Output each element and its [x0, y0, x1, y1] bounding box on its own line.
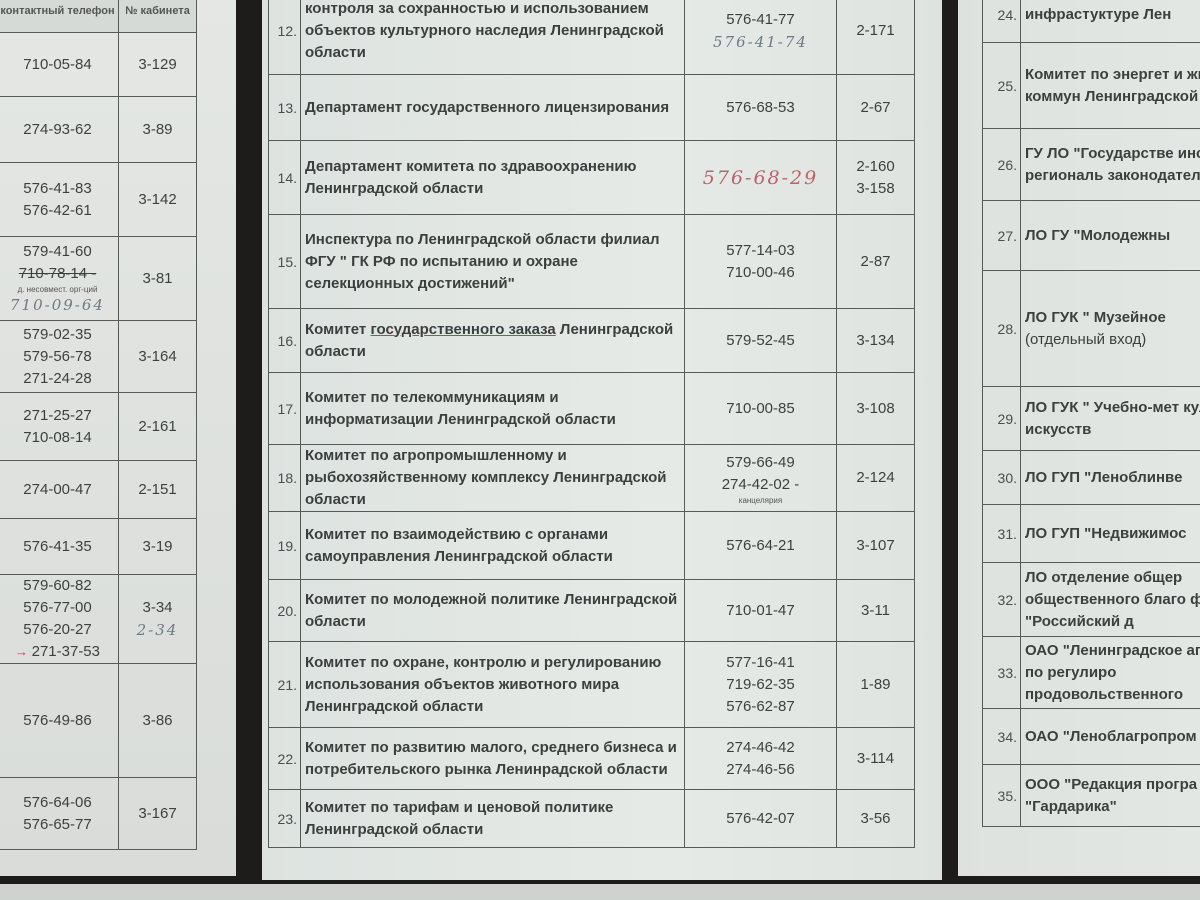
- row-number: 23.: [269, 790, 301, 848]
- organization-name: ОАО "Леноблагропром: [1021, 709, 1200, 765]
- phone-number: 576-42-07: [685, 808, 836, 830]
- room-cell: 2-151: [119, 461, 197, 519]
- phone-number: → 271-37-53: [0, 641, 118, 663]
- table-row: 31.ЛО ГУП "Недвижимос: [983, 505, 1200, 563]
- room-cell: 2-67: [837, 75, 915, 141]
- phone-cell: 710-01-47: [685, 580, 837, 642]
- table-row: 15.Инспектура по Ленинградской области ф…: [269, 215, 915, 309]
- room-number: 2-124: [837, 467, 914, 489]
- phone-number: 576-64-06: [0, 792, 118, 814]
- phone-number: 576-42-61: [0, 200, 118, 222]
- handwritten-phone: 576-41-74: [685, 31, 836, 53]
- room-cell: 3-89: [119, 97, 197, 163]
- phone-number: 710-78-14 -: [0, 263, 118, 285]
- name-underlined: государственного заказа: [370, 321, 555, 338]
- table-row: 35.ООО "Редакция програ "Гардарика": [983, 765, 1200, 827]
- phone-text: 579-02-35: [23, 326, 91, 343]
- phone-cell: 576-64-21: [685, 512, 837, 580]
- organization-name: ЛО ГУП "Леноблинве: [1021, 451, 1200, 505]
- organization-name: ОАО "Ленинградское агентство по регулиро…: [1021, 637, 1200, 709]
- phone-number: 274-93-62: [0, 119, 118, 141]
- table-row: 576-41-83576-42-613-142: [0, 163, 197, 237]
- phone-cell: 576-68-29: [685, 141, 837, 215]
- room-number: 3-56: [837, 808, 914, 830]
- table-row: 28.ЛО ГУК " Музейное(отдельный вход): [983, 271, 1200, 387]
- table-row: 26.ГУ ЛО "Государстве институт региональ…: [983, 129, 1200, 201]
- row-number: 26.: [983, 129, 1021, 201]
- room-cell: 3-114: [837, 728, 915, 790]
- phone-cell: 579-66-49274-42-02 -канцелярия: [685, 445, 837, 512]
- phone-cell: 579-41-60710-78-14 -д. несовмест. орг-ци…: [0, 237, 119, 321]
- room-number: 3-167: [119, 803, 196, 825]
- organization-name: Комитет по молодежной политике Ленинград…: [301, 580, 685, 642]
- middle-directory-sheet: 12.контроля за сохранностью и использова…: [262, 0, 942, 880]
- organization-name: Комитет по агропромышленному и рыбохозяй…: [301, 445, 685, 512]
- room-number: 3-158: [837, 178, 914, 200]
- row-number: 22.: [269, 728, 301, 790]
- room-number: 2-67: [837, 97, 914, 119]
- phone-number: 576-49-86: [0, 710, 118, 732]
- phone-number: 576-64-21: [685, 535, 836, 557]
- room-cell: 3-81: [119, 237, 197, 321]
- phone-text: 579-41-60: [23, 243, 91, 260]
- left-table: контактный телефон № кабинета 710-05-843…: [0, 0, 197, 850]
- table-row: 13.Департамент государственного лицензир…: [269, 75, 915, 141]
- phone-number: 271-25-27: [0, 405, 118, 427]
- room-number: 3-11: [837, 600, 914, 622]
- room-cell: 1-89: [837, 642, 915, 728]
- room-number: 3-142: [119, 189, 196, 211]
- phone-number: 577-16-41: [685, 652, 836, 674]
- table-row: 274-00-472-151: [0, 461, 197, 519]
- room-number: 2-171: [837, 20, 914, 42]
- room-number: 2-151: [119, 479, 196, 501]
- organization-name: Комитет по телекоммуникациям и информати…: [301, 373, 685, 445]
- phone-cell: 579-52-45: [685, 309, 837, 373]
- room-number: 3-164: [119, 346, 196, 368]
- table-row: 34.ОАО "Леноблагропром: [983, 709, 1200, 765]
- phone-number: 576-41-35: [0, 536, 118, 558]
- organization-name: Комитет по взаимодействию с органами сам…: [301, 512, 685, 580]
- room-number: 2-160: [837, 156, 914, 178]
- row-number: 27.: [983, 201, 1021, 271]
- room-number: 3-86: [119, 710, 196, 732]
- room-cell: 2-1603-158: [837, 141, 915, 215]
- room-number: 2-87: [837, 251, 914, 273]
- organization-name: ГУ ЛО "Государстве институт региональ за…: [1021, 129, 1200, 201]
- phone-cell: 579-02-35579-56-78271-24-28: [0, 321, 119, 393]
- table-row: 576-41-353-19: [0, 519, 197, 575]
- room-number: 1-89: [837, 674, 914, 696]
- room-cell: 3-164: [119, 321, 197, 393]
- phone-number: 579-60-82: [0, 575, 118, 597]
- organization-name: контроля за сохранностью и использование…: [301, 0, 685, 75]
- table-row: 19.Комитет по взаимодействию с органами …: [269, 512, 915, 580]
- phone-number: 579-41-60: [0, 241, 118, 263]
- phone-text: 710-78-14 -: [19, 265, 97, 282]
- phone-number: 271-24-28: [0, 368, 118, 390]
- table-row: 579-41-60710-78-14 -д. несовмест. орг-ци…: [0, 237, 197, 321]
- room-cell: 3-134: [837, 309, 915, 373]
- room-number: 2-161: [119, 416, 196, 438]
- phone-cell: 577-16-41719-62-35576-62-87: [685, 642, 837, 728]
- organization-name: ЛО ГУП "Недвижимос: [1021, 505, 1200, 563]
- phone-cell: 577-14-03710-00-46: [685, 215, 837, 309]
- phone-text: 274-00-47: [23, 481, 91, 498]
- organization-name: ЛО ГУ "Молодежны: [1021, 201, 1200, 271]
- right-directory-sheet: 24.инфрастуктуре Лен25.Комитет по энерге…: [958, 0, 1200, 876]
- phone-cell: 274-93-62: [0, 97, 119, 163]
- phone-number: 576-65-77: [0, 814, 118, 836]
- phone-text: 579-56-78: [23, 348, 91, 365]
- table-row: 579-60-82576-77-00576-20-27→ 271-37-533-…: [0, 575, 197, 664]
- phone-cell: 271-25-27710-08-14: [0, 393, 119, 461]
- phone-cell: 576-68-53: [685, 75, 837, 141]
- floor-strip: [0, 884, 1200, 900]
- organization-name: Комитет по охране, контролю и регулирова…: [301, 642, 685, 728]
- phone-cell: 576-41-83576-42-61: [0, 163, 119, 237]
- row-number: 14.: [269, 141, 301, 215]
- room-number: 3-129: [119, 54, 196, 76]
- name-subtitle: (отдельный вход): [1025, 329, 1200, 351]
- room-cell: 3-129: [119, 33, 197, 97]
- phone-number: 710-05-84: [0, 54, 118, 76]
- table-row: 579-02-35579-56-78271-24-283-164: [0, 321, 197, 393]
- phone-cell: 576-41-77576-41-74: [685, 0, 837, 75]
- table-row: 32.ЛО отделение общер общественного благ…: [983, 563, 1200, 637]
- phone-text: 576-65-77: [23, 816, 91, 833]
- room-cell: 2-87: [837, 215, 915, 309]
- room-number: 3-107: [837, 535, 914, 557]
- room-number: 3-134: [837, 330, 914, 352]
- phone-number: 579-52-45: [685, 330, 836, 352]
- phone-number: 274-00-47: [0, 479, 118, 501]
- row-number: 28.: [983, 271, 1021, 387]
- room-number: 3-114: [837, 748, 914, 770]
- middle-table: 12.контроля за сохранностью и использова…: [268, 0, 915, 848]
- room-cell: 3-108: [837, 373, 915, 445]
- row-number: 20.: [269, 580, 301, 642]
- table-row: 14.Департамент комитета по здравоохранен…: [269, 141, 915, 215]
- room-cell: 2-161: [119, 393, 197, 461]
- room-cell: 2-124: [837, 445, 915, 512]
- phone-text: 576-42-61: [23, 202, 91, 219]
- phone-note: д. несовмест. орг-ций: [0, 285, 118, 294]
- table-row: 18.Комитет по агропромышленному и рыбохо…: [269, 445, 915, 512]
- row-number: 29.: [983, 387, 1021, 451]
- table-row: 33. ОАО "Ленинградское агентство по регу…: [983, 637, 1200, 709]
- phone-number: 274-46-56: [685, 759, 836, 781]
- phone-cell: 576-42-07: [685, 790, 837, 848]
- table-row: 16.Комитет государственного заказа Ленин…: [269, 309, 915, 373]
- row-number: 25.: [983, 43, 1021, 129]
- header-phone: контактный телефон: [0, 0, 119, 33]
- table-row: 27.ЛО ГУ "Молодежны: [983, 201, 1200, 271]
- row-number: 30.: [983, 451, 1021, 505]
- room-cell: 3-342-34: [119, 575, 197, 664]
- phone-number: 576-62-87: [685, 696, 836, 718]
- table-row: 274-93-623-89: [0, 97, 197, 163]
- table-row: 710-05-843-129: [0, 33, 197, 97]
- room-number: 3-89: [119, 119, 196, 141]
- phone-cell: 710-00-85: [685, 373, 837, 445]
- row-number: 12.: [269, 0, 301, 75]
- phone-text: 271-24-28: [23, 370, 91, 387]
- phone-number: 576-41-83: [0, 178, 118, 200]
- phone-number: 274-46-42: [685, 737, 836, 759]
- room-cell: 3-11: [837, 580, 915, 642]
- phone-cell: 579-60-82576-77-00576-20-27→ 271-37-53: [0, 575, 119, 664]
- phone-text: 576-41-35: [23, 538, 91, 555]
- phone-text: 710-05-84: [23, 56, 91, 73]
- phone-number: 579-56-78: [0, 346, 118, 368]
- phone-text: 576-20-27: [23, 621, 91, 638]
- name-text: Комитет: [305, 321, 370, 338]
- row-number: 19.: [269, 512, 301, 580]
- row-number: 34.: [983, 709, 1021, 765]
- phone-text: 271-37-53: [32, 643, 100, 660]
- room-cell: 2-171: [837, 0, 915, 75]
- phone-number: 719-62-35: [685, 674, 836, 696]
- organization-name: ЛО ГУК " Учебно-мет культуры и искусств: [1021, 387, 1200, 451]
- phone-text: 274-93-62: [23, 121, 91, 138]
- organization-name: Комитет по развитию малого, среднего биз…: [301, 728, 685, 790]
- phone-text: 576-64-06: [23, 794, 91, 811]
- room-number: 3-34: [119, 597, 196, 619]
- row-number: 33.: [983, 637, 1021, 709]
- phone-number: 274-42-02 -: [685, 474, 836, 496]
- phone-cell: 576-41-35: [0, 519, 119, 575]
- phone-number: 577-14-03: [685, 240, 836, 262]
- table-row: 17.Комитет по телекоммуникациям и информ…: [269, 373, 915, 445]
- phone-number: 710-08-14: [0, 427, 118, 449]
- table-row: 20.Комитет по молодежной политике Ленинг…: [269, 580, 915, 642]
- right-table: 24.инфрастуктуре Лен25.Комитет по энерге…: [982, 0, 1200, 827]
- header-room: № кабинета: [119, 0, 197, 33]
- row-number: 17.: [269, 373, 301, 445]
- handwritten-phone-red: 576-68-29: [685, 167, 836, 189]
- row-number: 13.: [269, 75, 301, 141]
- phone-text: 579-60-82: [23, 577, 91, 594]
- organization-name: Комитет государственного заказа Ленингра…: [301, 309, 685, 373]
- room-number: 3-108: [837, 398, 914, 420]
- row-number: 35.: [983, 765, 1021, 827]
- room-cell: 3-56: [837, 790, 915, 848]
- room-cell: 3-107: [837, 512, 915, 580]
- arrow-mark: →: [15, 644, 32, 659]
- phone-number: 579-02-35: [0, 324, 118, 346]
- row-number: 15.: [269, 215, 301, 309]
- organization-name: инфрастуктуре Лен: [1021, 0, 1200, 43]
- row-number: 16.: [269, 309, 301, 373]
- organization-name: ООО "Редакция програ "Гардарика": [1021, 765, 1200, 827]
- phone-number: 576-20-27: [0, 619, 118, 641]
- phone-cell: 274-46-42274-46-56: [685, 728, 837, 790]
- phone-cell: 274-00-47: [0, 461, 119, 519]
- phone-number: 710-01-47: [685, 600, 836, 622]
- phone-number: 710-00-46: [685, 262, 836, 284]
- row-number: 32.: [983, 563, 1021, 637]
- room-cell: 3-86: [119, 664, 197, 778]
- room-cell: 3-19: [119, 519, 197, 575]
- row-number: 18.: [269, 445, 301, 512]
- handwritten-phone: 710-09-64: [0, 294, 118, 316]
- table-row: 12.контроля за сохранностью и использова…: [269, 0, 915, 75]
- phone-number: 576-41-77: [685, 9, 836, 31]
- table-row: 576-64-06576-65-773-167: [0, 778, 197, 850]
- phone-number: 576-77-00: [0, 597, 118, 619]
- left-directory-sheet: контактный телефон № кабинета 710-05-843…: [0, 0, 236, 876]
- phone-cell: 576-49-86: [0, 664, 119, 778]
- phone-cell: 710-05-84: [0, 33, 119, 97]
- table-row: 22.Комитет по развитию малого, среднего …: [269, 728, 915, 790]
- row-number: 21.: [269, 642, 301, 728]
- phone-note: канцелярия: [685, 496, 836, 505]
- organization-name: Департамент комитета по здравоохранению …: [301, 141, 685, 215]
- phone-text: 710-08-14: [23, 429, 91, 446]
- table-row: 23.Комитет по тарифам и ценовой политике…: [269, 790, 915, 848]
- room-number: 3-81: [119, 268, 196, 290]
- row-number: 31.: [983, 505, 1021, 563]
- room-number: 3-19: [119, 536, 196, 558]
- phone-text: 576-41-83: [23, 180, 91, 197]
- organization-name: Инспектура по Ленинградской области фили…: [301, 215, 685, 309]
- phone-text: 271-25-27: [23, 407, 91, 424]
- phone-cell: 576-64-06576-65-77: [0, 778, 119, 850]
- room-cell: 3-167: [119, 778, 197, 850]
- table-row: 576-49-863-86: [0, 664, 197, 778]
- room-cell: 3-142: [119, 163, 197, 237]
- phone-number: 579-66-49: [685, 452, 836, 474]
- table-row: 29.ЛО ГУК " Учебно-мет культуры и искусс…: [983, 387, 1200, 451]
- organization-name: Комитет по тарифам и ценовой политике Ле…: [301, 790, 685, 848]
- phone-text: 576-49-86: [23, 712, 91, 729]
- organization-name: ЛО ГУК " Музейное(отдельный вход): [1021, 271, 1200, 387]
- phone-number: 576-68-53: [685, 97, 836, 119]
- phone-number: 710-00-85: [685, 398, 836, 420]
- table-row: 21.Комитет по охране, контролю и регулир…: [269, 642, 915, 728]
- table-row: 30.ЛО ГУП "Леноблинве: [983, 451, 1200, 505]
- phone-text: 576-77-00: [23, 599, 91, 616]
- organization-name: ЛО отделение общер общественного благо ф…: [1021, 563, 1200, 637]
- organization-name: Департамент государственного лицензирова…: [301, 75, 685, 141]
- table-row: 24.инфрастуктуре Лен: [983, 0, 1200, 43]
- handwritten-room: 2-34: [119, 619, 196, 641]
- table-row: 25.Комитет по энергет и жилищно-коммун Л…: [983, 43, 1200, 129]
- organization-name: Комитет по энергет и жилищно-коммун Лени…: [1021, 43, 1200, 129]
- row-number: 24.: [983, 0, 1021, 43]
- table-row: 271-25-27710-08-142-161: [0, 393, 197, 461]
